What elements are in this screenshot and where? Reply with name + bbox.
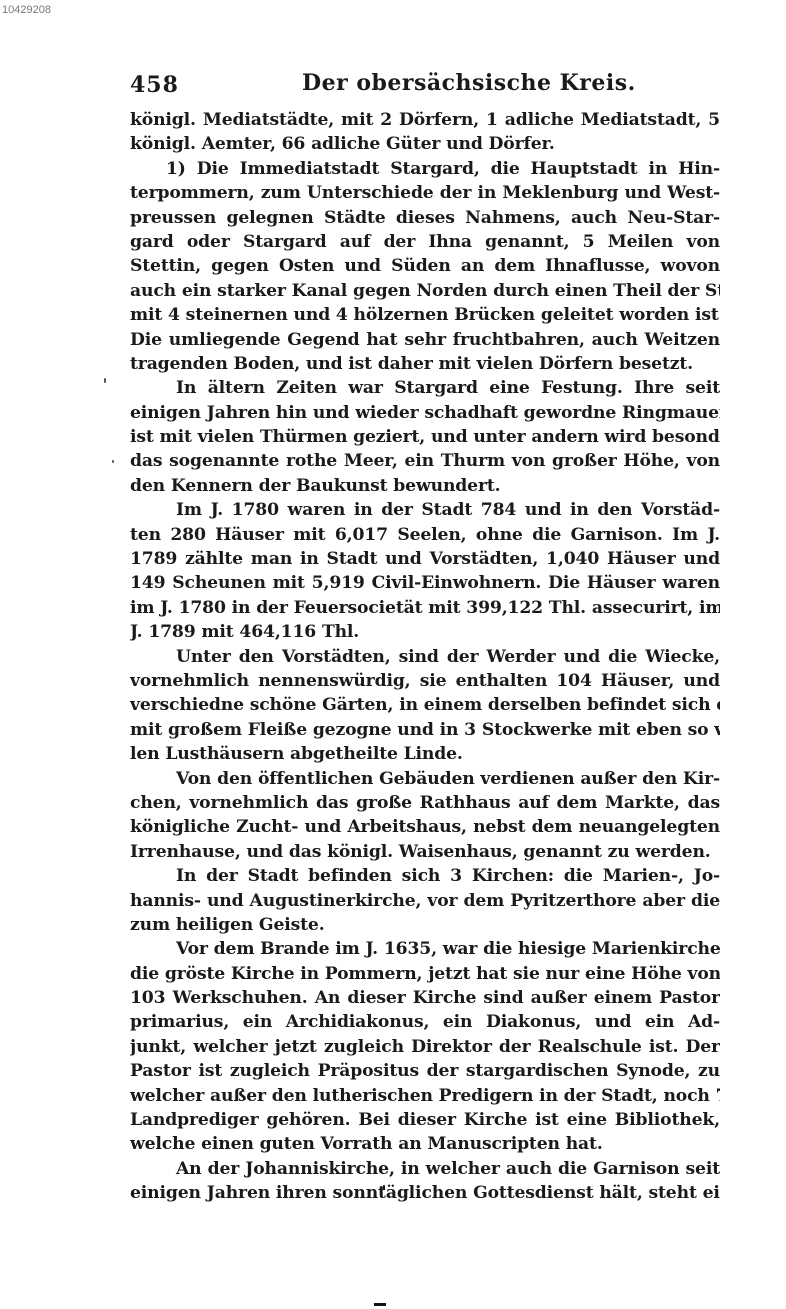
text-line: Pastor ist zugleich Präpositus der starg… [130, 1059, 720, 1083]
text-line: ist mit vielen Thürmen geziert, und unte… [130, 425, 720, 449]
body-text: königl. Mediatstädte, mit 2 Dörfern, 1 a… [130, 108, 720, 1206]
page-header: 458 Der obersächsische Kreis. [130, 66, 720, 100]
text-line: das sogenannte rothe Meer, ein Thurm von… [130, 449, 720, 473]
text-line: In ältern Zeiten war Stargard eine Festu… [130, 376, 720, 400]
scan-speck [104, 378, 106, 383]
scan-speck [383, 1185, 385, 1190]
text-line: mit 4 steinernen und 4 hölzernen Brücken… [130, 303, 720, 327]
text-line: 149 Scheunen mit 5,919 Civil-Einwohnern.… [130, 571, 720, 595]
text-line: terpommern, zum Unterschiede der in Mekl… [130, 181, 720, 205]
text-line: chen, vornehmlich das große Rathhaus auf… [130, 791, 720, 815]
text-line: An der Johanniskirche, in welcher auch d… [130, 1157, 720, 1181]
text-line: königliche Zucht- und Arbeitshaus, nebst… [130, 815, 720, 839]
text-line: den Kennern der Baukunst bewundert. [130, 474, 720, 498]
text-line: Stettin, gegen Osten und Süden an dem Ih… [130, 254, 720, 278]
scan-id-label: 10429208 [2, 4, 51, 16]
text-line: Im J. 1780 waren in der Stadt 784 und in… [130, 498, 720, 522]
text-line: 103 Werkschuhen. An dieser Kirche sind a… [130, 986, 720, 1010]
text-line: einigen Jahren ihren sonntäglichen Gotte… [130, 1181, 720, 1205]
text-line: auch ein starker Kanal gegen Norden durc… [130, 279, 720, 303]
text-line: tragenden Boden, und ist daher mit viele… [130, 352, 720, 376]
text-line: im J. 1780 in der Feuersocietät mit 399,… [130, 596, 720, 620]
text-line: 1) Die Immediatstadt Stargard, die Haupt… [130, 157, 720, 181]
text-line: hannis- und Augustinerkirche, vor dem Py… [130, 889, 720, 913]
text-line: welcher außer den lutherischen Predigern… [130, 1084, 720, 1108]
text-line: junkt, welcher jetzt zugleich Direktor d… [130, 1035, 720, 1059]
text-line: len Lusthäusern abgetheilte Linde. [130, 742, 720, 766]
text-line: primarius, ein Archidiakonus, ein Diakon… [130, 1010, 720, 1034]
text-line: königl. Aemter, 66 adliche Güter und Dör… [130, 132, 720, 156]
text-line: preussen gelegnen Städte dieses Nahmens,… [130, 206, 720, 230]
text-line: zum heiligen Geiste. [130, 913, 720, 937]
text-line: 1789 zählte man in Stadt und Vorstädten,… [130, 547, 720, 571]
text-line: verschiedne schöne Gärten, in einem ders… [130, 693, 720, 717]
text-line: Irrenhause, und das königl. Waisenhaus, … [130, 840, 720, 864]
text-line: Die umliegende Gegend hat sehr fruchtbah… [130, 328, 720, 352]
text-line: Landprediger gehören. Bei dieser Kirche … [130, 1108, 720, 1132]
text-line: welche einen guten Vorrath an Manuscript… [130, 1132, 720, 1156]
text-line: Vor dem Brande im J. 1635, war die hiesi… [130, 937, 720, 961]
scan-speck [112, 460, 114, 463]
text-line: Von den öffentlichen Gebäuden verdienen … [130, 767, 720, 791]
page-number: 458 [130, 72, 179, 98]
text-line: In der Stadt befinden sich 3 Kirchen: di… [130, 864, 720, 888]
running-head-title: Der obersächsische Kreis. [302, 70, 636, 96]
text-line: Unter den Vorstädten, sind der Werder un… [130, 645, 720, 669]
text-line: die gröste Kirche in Pommern, jetzt hat … [130, 962, 720, 986]
text-line: J. 1789 mit 464,116 Thl. [130, 620, 720, 644]
text-line: vornehmlich nennenswürdig, sie enthalten… [130, 669, 720, 693]
text-line: mit großem Fleiße gezogne und in 3 Stock… [130, 718, 720, 742]
text-line: einigen Jahren hin und wieder schadhaft … [130, 401, 720, 425]
text-line: gard oder Stargard auf der Ihna genannt,… [130, 230, 720, 254]
page-footer-mark [374, 1303, 386, 1306]
text-line: königl. Mediatstädte, mit 2 Dörfern, 1 a… [130, 108, 720, 132]
text-line: ten 280 Häuser mit 6,017 Seelen, ohne di… [130, 523, 720, 547]
